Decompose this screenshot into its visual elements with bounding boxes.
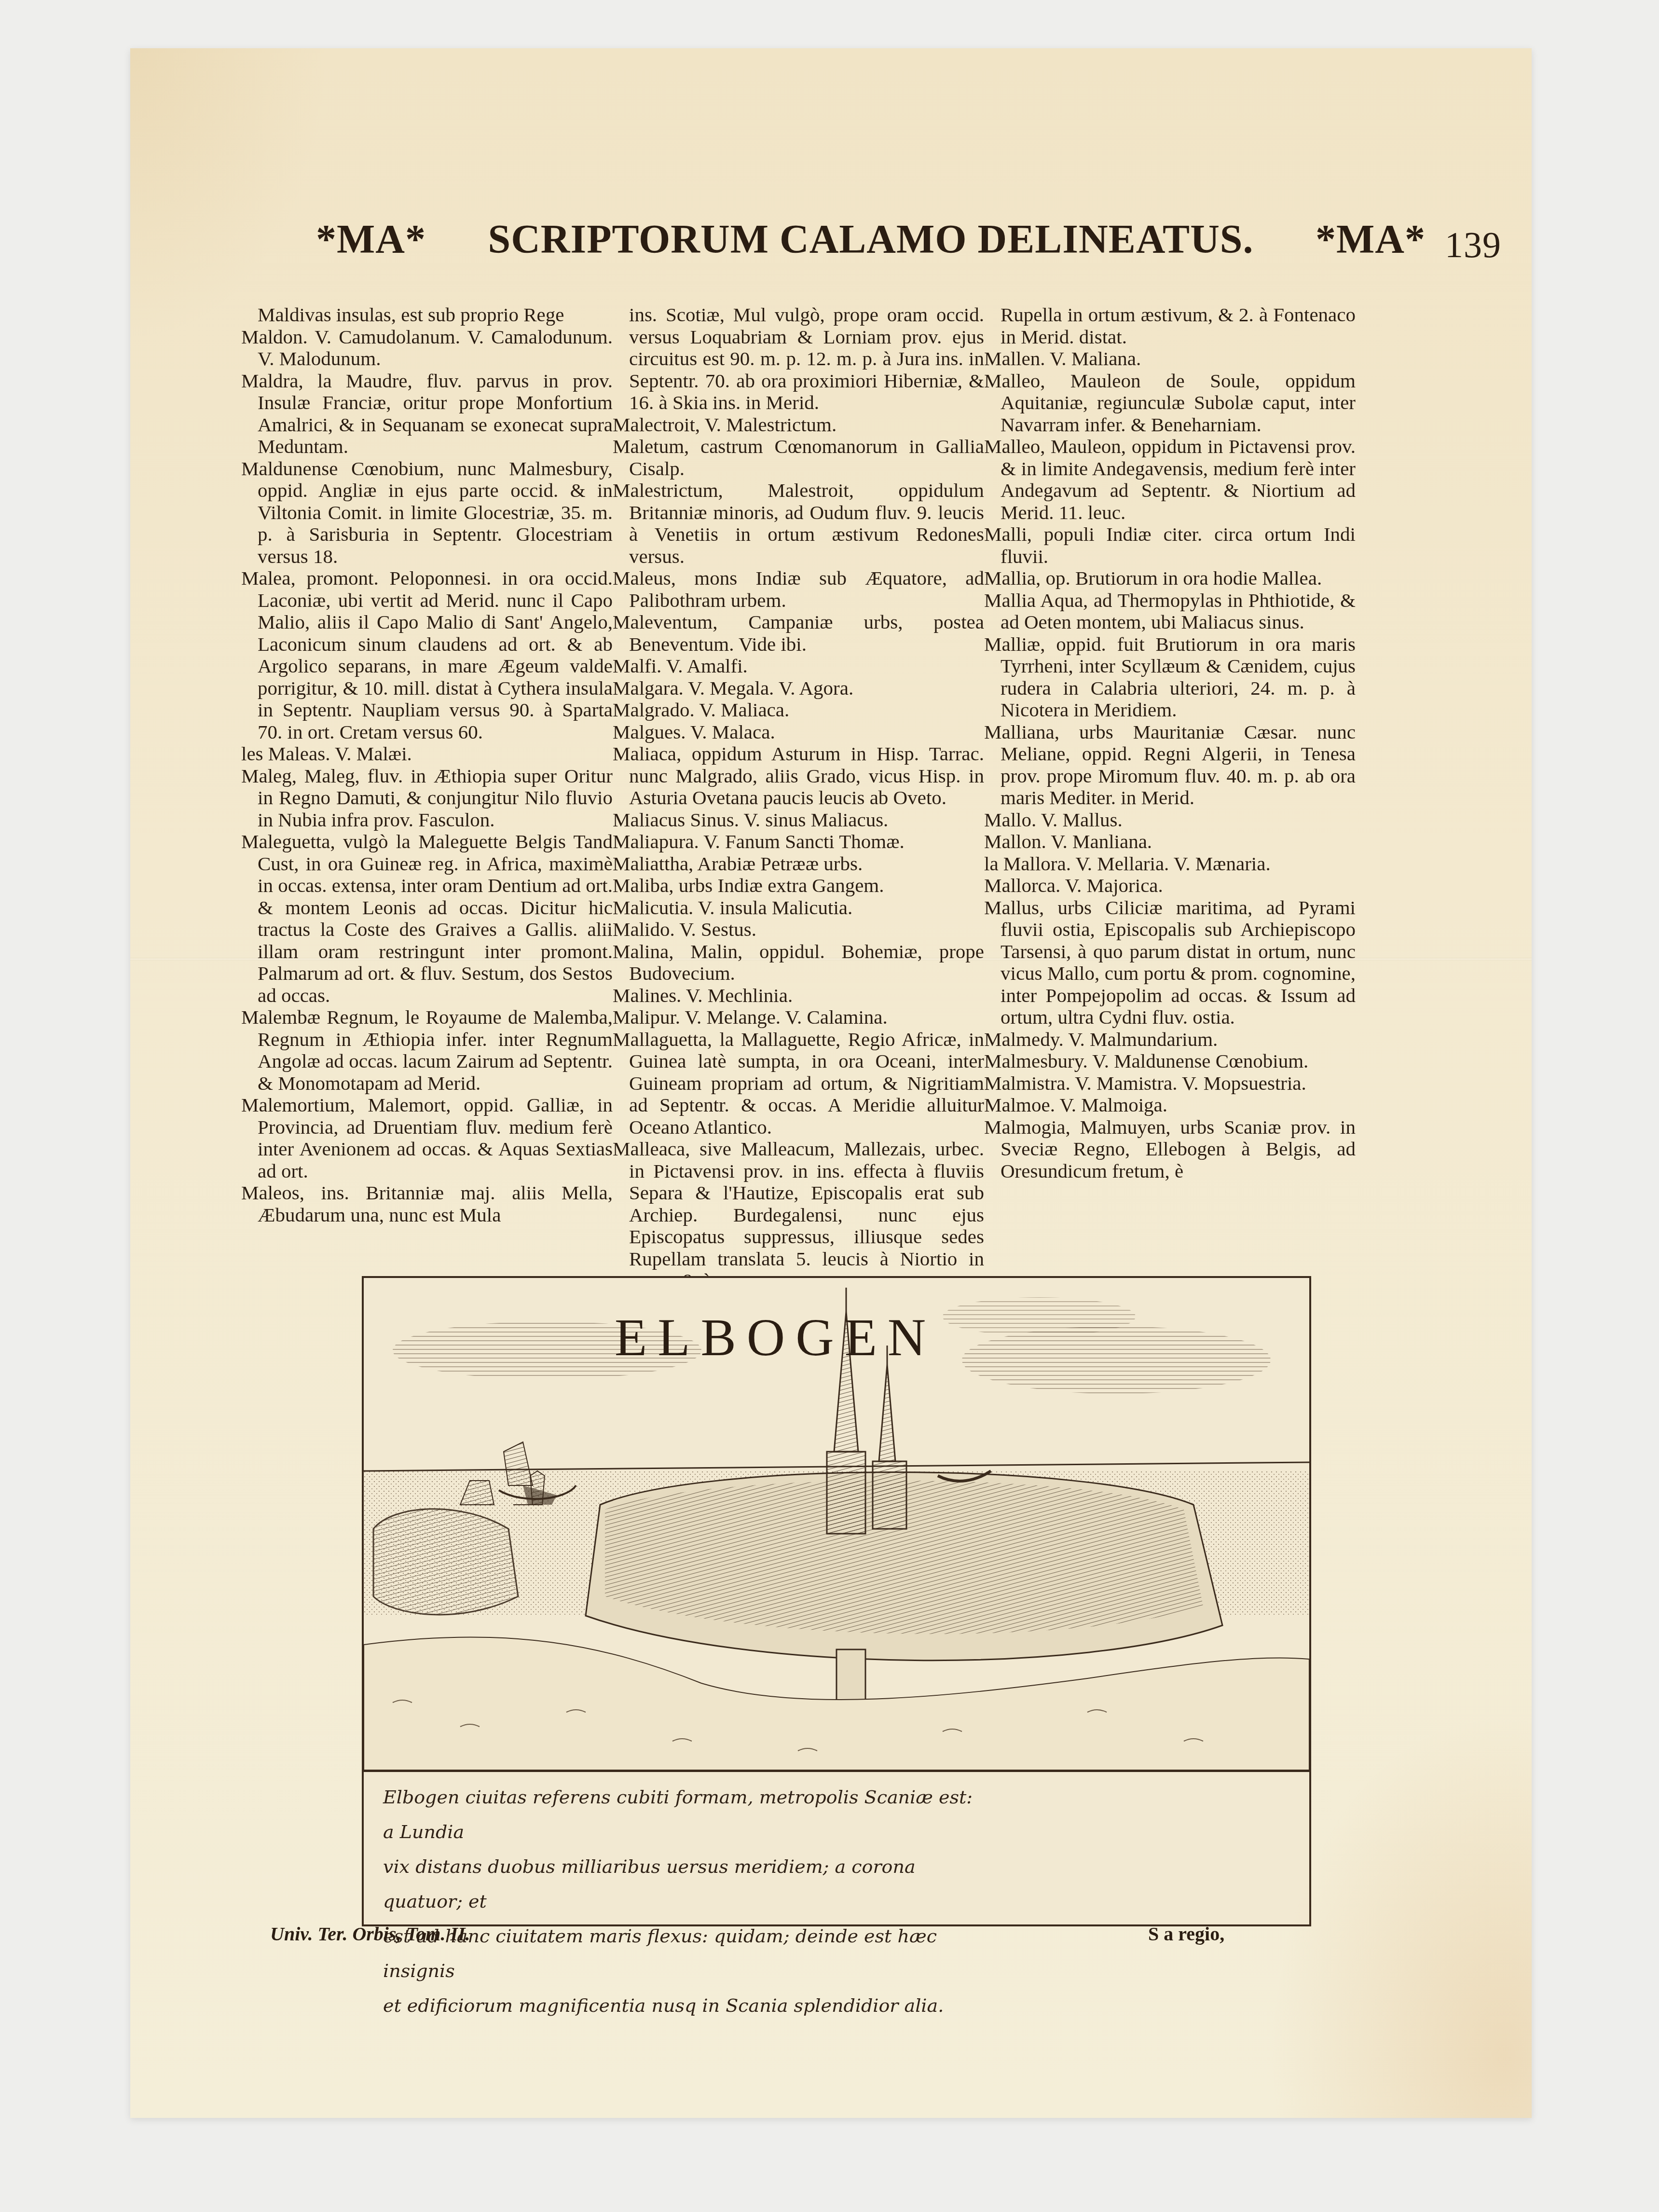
dictionary-entry: Malipur. V. Melange. V. Calamina. bbox=[613, 1006, 984, 1029]
caption-line: est ad hanc ciuitatem maris flexus: quid… bbox=[383, 1919, 986, 1988]
dictionary-entry: Malina, Malin, oppidul. Bohemiæ, prope B… bbox=[613, 941, 984, 985]
dictionary-entry: Malido. V. Sestus. bbox=[613, 919, 984, 941]
dictionary-entry: Maleg, Maleg, fluv. in Æthiopia super Or… bbox=[241, 765, 613, 831]
dictionary-entry: Malemortium, Malemort, oppid. Galliæ, in… bbox=[241, 1094, 613, 1182]
dictionary-entry: Malmesbury. V. Maldunense Cœnobium. bbox=[984, 1050, 1356, 1072]
dictionary-entry: Rupella in ortum æstivum, & 2. à Fontena… bbox=[984, 304, 1356, 348]
catchword: S a regio, bbox=[1148, 1923, 1224, 1945]
dictionary-entry: Mallorca. V. Majorica. bbox=[984, 875, 1356, 897]
dictionary-entry: Mallia, op. Brutiorum in ora hodie Malle… bbox=[984, 567, 1356, 590]
header-title: SCRIPTORUM CALAMO DELINEATUS. bbox=[461, 216, 1281, 263]
dictionary-entry: Malleo, Mauleon de Soule, oppidum Aquita… bbox=[984, 370, 1356, 436]
text-column-3: Rupella in ortum æstivum, & 2. à Fontena… bbox=[984, 304, 1356, 1182]
dictionary-entry: Malliæ, oppid. fuit Brutiorum in ora mar… bbox=[984, 633, 1356, 721]
dictionary-entry: Malea, promont. Peloponnesi. in ora occi… bbox=[241, 567, 613, 743]
dictionary-entry: Maldon. V. Camudolanum. V. Camalodunum. … bbox=[241, 326, 613, 370]
dictionary-entry: Maliapura. V. Fanum Sancti Thomæ. bbox=[613, 831, 984, 853]
dictionary-entry: Mallus, urbs Ciliciæ maritima, ad Pyrami… bbox=[984, 897, 1356, 1029]
dictionary-entry: Maleos, ins. Britanniæ maj. aliis Mella,… bbox=[241, 1182, 613, 1226]
dictionary-entry: Maleus, mons Indiæ sub Æquatore, ad Pali… bbox=[613, 567, 984, 611]
engraving-plate: ELBOGEN Elbogen ciuitas referens cubiti … bbox=[362, 1276, 1311, 1926]
dictionary-entry: Malleaca, sive Malleacum, Mallezais, urb… bbox=[613, 1138, 984, 1292]
dictionary-entry: Malli, populi Indiæ citer. circa ortum I… bbox=[984, 523, 1356, 567]
dictionary-entry: Maliba, urbs Indiæ extra Gangem. bbox=[613, 875, 984, 897]
dictionary-entry: Malmistra. V. Mamistra. V. Mopsuestria. bbox=[984, 1072, 1356, 1095]
dictionary-entry: Malgrado. V. Maliaca. bbox=[613, 699, 984, 721]
header-right-guide: *MA* bbox=[1281, 216, 1426, 263]
caption-line: Elbogen ciuitas referens cubiti formam, … bbox=[383, 1780, 986, 1849]
dictionary-entry: Mallaguetta, la Mallaguette, Regio Afric… bbox=[613, 1029, 984, 1139]
caption-line: et edificiorum magnificentia nusq in Sca… bbox=[383, 1988, 986, 2023]
running-header: *MA* SCRIPTORUM CALAMO DELINEATUS. *MA* … bbox=[316, 205, 1426, 263]
dictionary-entry: Malestrictum, Malestroit, oppidulum Brit… bbox=[613, 480, 984, 567]
dictionary-entry: Maldra, la Maudre, fluv. parvus in prov.… bbox=[241, 370, 613, 458]
dictionary-entry: Malicutia. V. insula Malicutia. bbox=[613, 897, 984, 919]
caption-line: vix distans duobus milliaribus uersus me… bbox=[383, 1849, 986, 1919]
plate-title: ELBOGEN bbox=[615, 1307, 904, 1368]
elbogen-town-engraving: ELBOGEN bbox=[364, 1278, 1309, 1772]
plate-caption: Elbogen ciuitas referens cubiti formam, … bbox=[383, 1780, 986, 2023]
dictionary-entry: Malectroit, V. Malestrictum. bbox=[613, 414, 984, 436]
dictionary-entry: Malmogia, Malmuyen, urbs Scaniæ prov. in… bbox=[984, 1116, 1356, 1182]
dictionary-entry: la Mallora. V. Mellaria. V. Mænaria. bbox=[984, 853, 1356, 875]
dictionary-entry: Mallon. V. Manliana. bbox=[984, 831, 1356, 853]
dictionary-entry: Maliattha, Arabiæ Petrææ urbs. bbox=[613, 853, 984, 875]
dictionary-entry: Malfi. V. Amalfi. bbox=[613, 655, 984, 677]
dictionary-entry: Maldunense Cœnobium, nunc Malmesbury, op… bbox=[241, 458, 613, 568]
signature-mark: Univ. Ter. Orbis, Tom. II. bbox=[270, 1923, 470, 1945]
dictionary-entry: Malmoe. V. Malmoiga. bbox=[984, 1094, 1356, 1116]
dictionary-entry: Maliacus Sinus. V. sinus Maliacus. bbox=[613, 809, 984, 831]
dictionary-entry: Malembæ Regnum, le Royaume de Malemba, R… bbox=[241, 1006, 613, 1094]
dictionary-entry: Maleventum, Campaniæ urbs, postea Beneve… bbox=[613, 611, 984, 655]
dictionary-entry: Malgara. V. Megala. V. Agora. bbox=[613, 677, 984, 700]
dictionary-entry: ins. Scotiæ, Mul vulgò, prope oram occid… bbox=[613, 304, 984, 414]
dictionary-entry: Maldivas insulas, est sub proprio Rege bbox=[241, 304, 613, 326]
header-left-guide: *MA* bbox=[316, 216, 461, 263]
dictionary-entry: Maliaca, oppidum Asturum in Hisp. Tarrac… bbox=[613, 743, 984, 809]
dictionary-entry: les Maleas. V. Malæi. bbox=[241, 743, 613, 765]
dictionary-entry: Mallia Aqua, ad Thermopylas in Phthiotid… bbox=[984, 590, 1356, 633]
dictionary-entry: Maleguetta, vulgò la Maleguette Belgis T… bbox=[241, 831, 613, 1006]
dictionary-entry: Malleo, Mauleon, oppidum in Pictavensi p… bbox=[984, 436, 1356, 523]
dictionary-entry: Malliana, urbs Mauritaniæ Cæsar. nunc Me… bbox=[984, 721, 1356, 809]
dictionary-entry: Malmedy. V. Malmundarium. bbox=[984, 1029, 1356, 1051]
text-column-1: Maldivas insulas, est sub proprio Rege M… bbox=[241, 304, 613, 1226]
book-page: *MA* SCRIPTORUM CALAMO DELINEATUS. *MA* … bbox=[130, 48, 1532, 2118]
page-number: 139 bbox=[1445, 224, 1501, 266]
text-column-2: ins. Scotiæ, Mul vulgò, prope oram occid… bbox=[613, 304, 984, 1292]
dictionary-entry: Mallo. V. Mallus. bbox=[984, 809, 1356, 831]
dictionary-entry: Malines. V. Mechlinia. bbox=[613, 985, 984, 1007]
dictionary-entry: Malgues. V. Malaca. bbox=[613, 721, 984, 743]
dictionary-entry: Mallen. V. Maliana. bbox=[984, 348, 1356, 370]
dictionary-entry: Maletum, castrum Cœnomanorum in Gallia C… bbox=[613, 436, 984, 480]
